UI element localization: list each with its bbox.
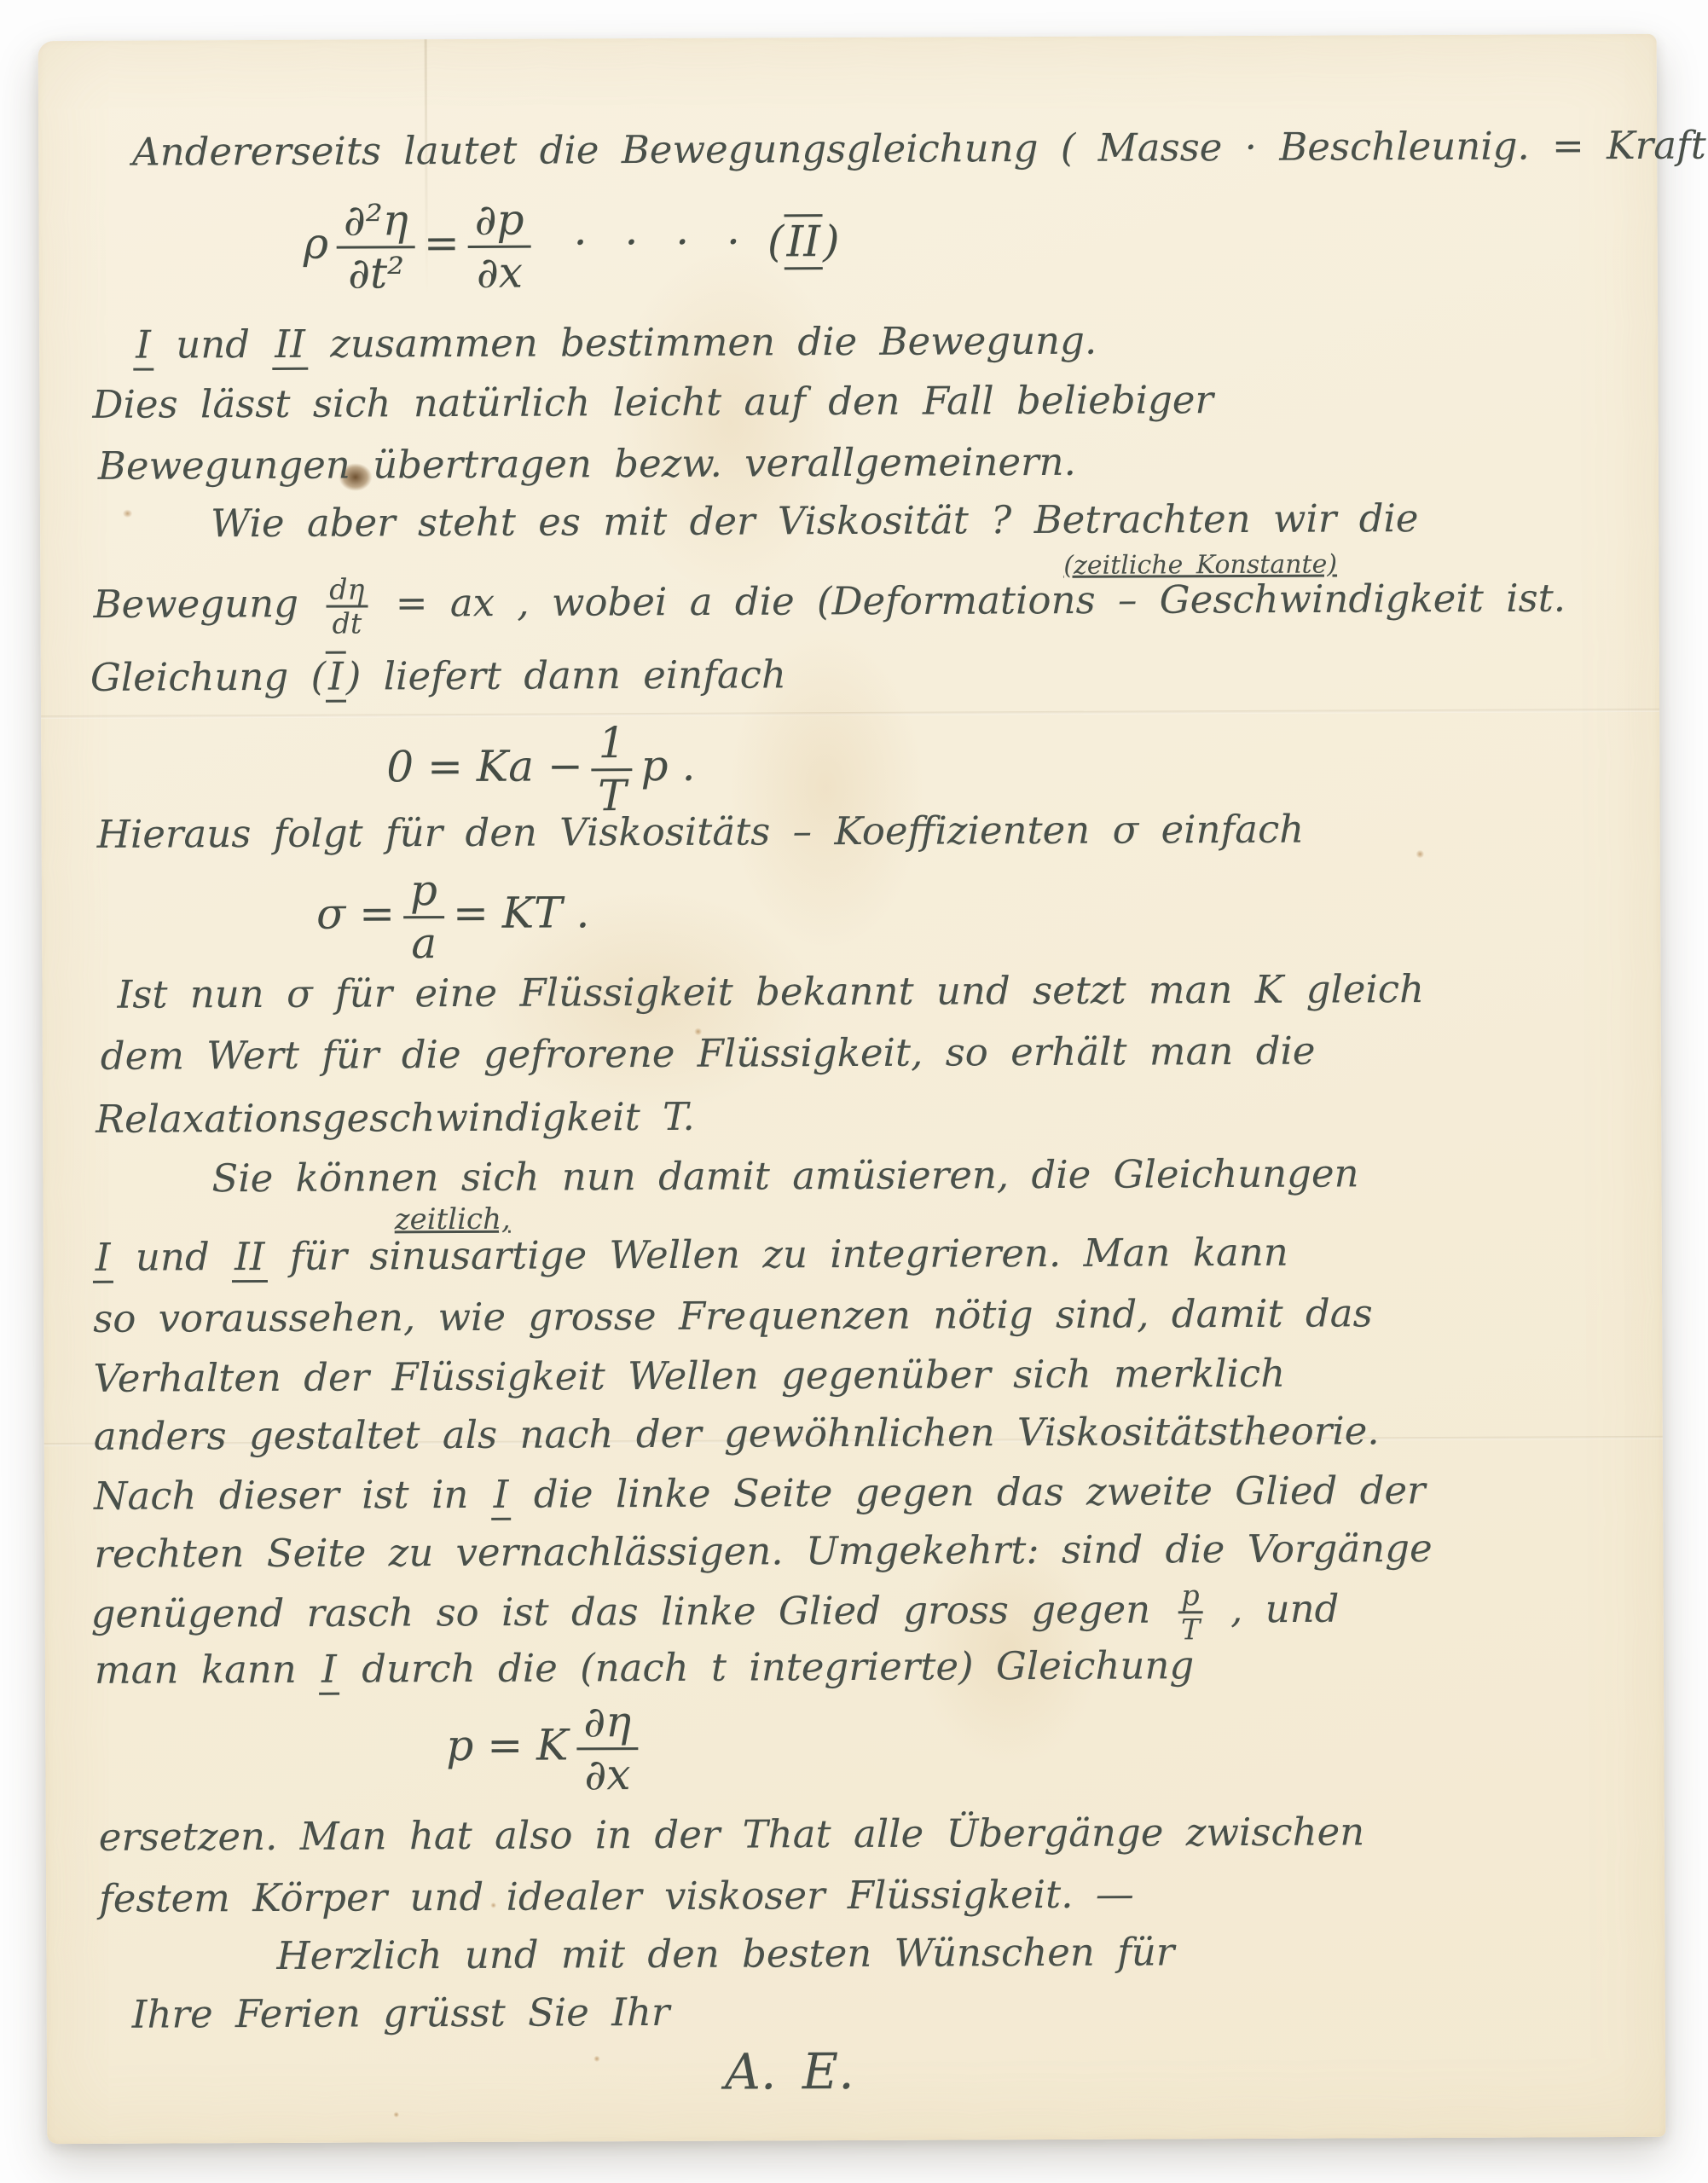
- eq-coeff: ρ: [304, 219, 329, 269]
- closing-line-2: Ihre Ferien grüsst Sie Ihr: [132, 1991, 670, 2035]
- body-line-8: Hieraus folgt für den Viskositäts – Koef…: [97, 808, 1305, 856]
- interline-note-zeitlich: zeitlich,: [395, 1204, 511, 1236]
- numeral-I: I: [319, 1647, 339, 1695]
- fraction-d2eta-dt2: ∂²η∂t²: [337, 198, 415, 295]
- foxing-dot-6: [392, 2111, 400, 2118]
- body-line-22: festem Körper und idealer viskoser Flüss…: [99, 1873, 1134, 1920]
- body-line-15: Verhalten der Flüssigkeit Wellen gegenüb…: [93, 1352, 1285, 1400]
- body-line-9: Ist nun σ für eine Flüssigkeit bekannt u…: [117, 968, 1424, 1016]
- numeral-I-equation-ref: I: [326, 651, 346, 703]
- body-line-13: I und II für sinusartige Wellen zu integ…: [93, 1231, 1288, 1279]
- body-line-18: rechten Seite zu vernachlässigen. Umgeke…: [94, 1527, 1432, 1575]
- scan-background: Andererseits lautet die Bewegungsgleichu…: [0, 0, 1708, 2183]
- fraction-dp-dx: ∂p∂x: [468, 198, 531, 295]
- eq-label-paren-open: (: [767, 217, 785, 266]
- body-line-4: Bewegungen übertragen bezw. verallgemein…: [98, 441, 1076, 488]
- numeral-I: I: [491, 1472, 512, 1520]
- equation-zero: 0 = Ka −1Tp .: [386, 721, 696, 819]
- foxing-dot-2: [1415, 848, 1426, 860]
- equation-motion: ρ∂²η∂t²=∂p∂x· · · ·(II): [303, 196, 839, 296]
- eq-equals: =: [424, 218, 460, 268]
- body-line-14: so voraussehen, wie grosse Frequenzen nö…: [93, 1292, 1373, 1340]
- signature-initials: A. E.: [725, 2045, 854, 2099]
- body-line-3: Dies lässt sich natürlich leicht auf den…: [92, 379, 1213, 426]
- numeral-II: II: [232, 1234, 268, 1283]
- closing-line-1: Herzlich und mit den besten Wünschen für: [276, 1931, 1174, 1977]
- eq-label-numeral: II: [784, 214, 823, 269]
- eq-label-paren-close: ): [823, 217, 840, 266]
- body-line-19: genügend rasch so ist das linke Glied gr…: [91, 1581, 1340, 1649]
- body-line-10: dem Wert für die gefrorene Flüssigkeit, …: [101, 1030, 1316, 1078]
- foxing-dot-5: [593, 2054, 601, 2063]
- body-line-20: man kann I durch die (nach t integrierte…: [95, 1644, 1194, 1691]
- numeral-II: II: [272, 321, 308, 370]
- body-line-6: Bewegung dηdt = ax , wobei a die (Deform…: [93, 570, 1566, 639]
- numeral-I: I: [93, 1235, 113, 1283]
- equation-sigma: σ =pa= KT .: [316, 867, 590, 965]
- fraction-p-T: pT: [1178, 1581, 1203, 1644]
- equation-p: p = K∂η∂x: [446, 1699, 646, 1798]
- body-line-12: Sie können sich nun damit amüsieren, die…: [211, 1152, 1358, 1199]
- fraction-deta-dt: dηdt: [326, 575, 368, 638]
- numeral-I: I: [133, 322, 153, 371]
- body-line-2: I und II zusammen bestimmen die Bewegung…: [133, 320, 1097, 366]
- fraction-1-T: 1T: [592, 721, 633, 818]
- body-line-11: Relaxationsgeschwindigkeit T.: [96, 1096, 695, 1141]
- foxing-dot-3: [121, 508, 134, 519]
- body-line-5: Wie aber steht es mit der Viskosität ? B…: [211, 497, 1419, 545]
- body-line-1: Andererseits lautet die Bewegungsgleichu…: [132, 124, 1708, 173]
- body-line-16: anders gestaltet als nach der gewöhnlich…: [94, 1410, 1380, 1457]
- body-line-21: ersetzen. Man hat also in der That alle …: [99, 1810, 1365, 1858]
- fraction-p-a: pa: [403, 868, 445, 965]
- fraction-deta-dx: ∂η∂x: [576, 1699, 638, 1797]
- letter-sheet: Andererseits lautet die Bewegungsgleichu…: [38, 34, 1666, 2144]
- body-line-17: Nach dieser ist in I die linke Seite geg…: [94, 1469, 1426, 1517]
- body-line-7: Gleichung (I) liefert dann einfach: [90, 653, 786, 698]
- eq-dots: · · · ·: [574, 217, 753, 268]
